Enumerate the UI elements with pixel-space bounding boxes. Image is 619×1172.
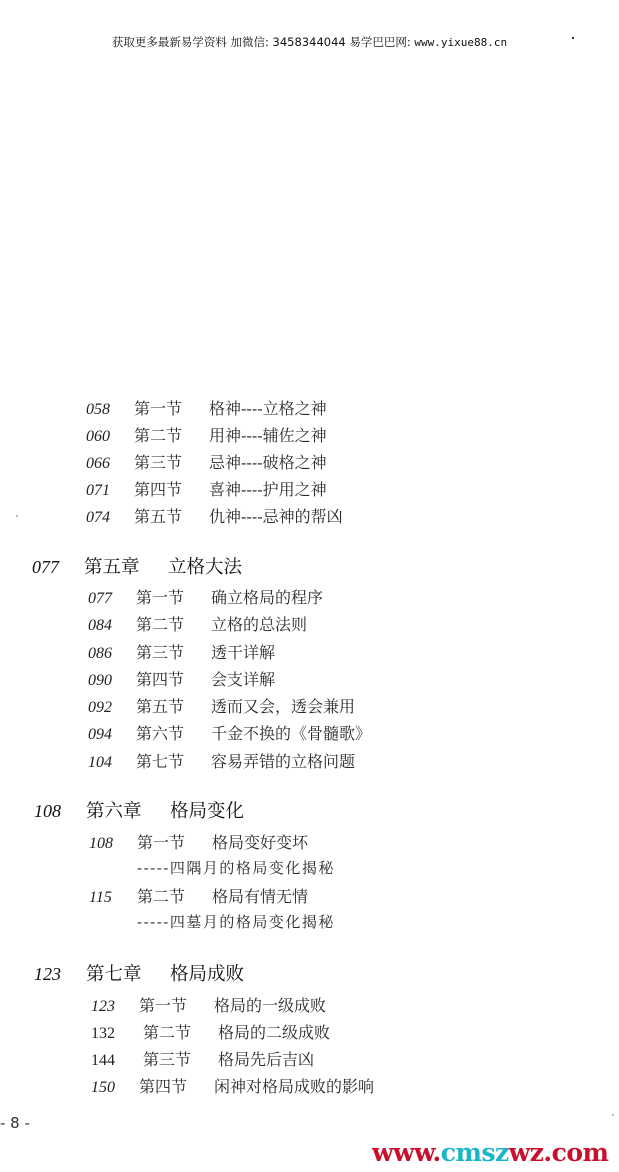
page-number: 104: [88, 754, 136, 772]
toc-section-entry[interactable]: 108 第一节 格局变好变坏: [89, 830, 308, 853]
toc-section-entry[interactable]: 094 第六节 千金不换的《骨髓歌》: [88, 721, 371, 744]
toc-section-entry[interactable]: 092 第五节 透而又会，透会兼用: [88, 694, 355, 717]
toc-section-subtitle: -----四墓月的格局变化揭秘: [137, 911, 335, 932]
page-number: 123: [34, 964, 86, 985]
toc-section-entry[interactable]: 115 第二节 格局有情无情: [89, 884, 308, 907]
chapter-title: 格局变化: [170, 797, 244, 823]
chapter-number: 第七章: [86, 960, 170, 986]
section-number: 第二节: [137, 884, 212, 907]
page-number: 090: [88, 672, 136, 690]
section-title: 确立格局的程序: [211, 585, 323, 608]
section-number: 第四节: [139, 1074, 214, 1097]
section-title: 会支详解: [211, 667, 275, 690]
watermark-part-3: wz.com: [509, 1138, 609, 1167]
section-number: 第一节: [139, 993, 214, 1016]
section-number: 第一节: [134, 396, 209, 419]
toc-section-entry[interactable]: 132 第二节 格局的二级成败: [91, 1020, 330, 1043]
section-number: 第四节: [136, 667, 211, 690]
page-number: 132: [91, 1025, 143, 1043]
page-number: 092: [88, 699, 136, 717]
section-title: 用神----辅佐之神: [209, 423, 327, 446]
watermark-part-1: www.: [372, 1138, 441, 1167]
watermark-part-2: cmsz: [441, 1138, 509, 1167]
banner-text: 获取更多最新易学资料 加微信: 3458344044 易学巴巴网:: [112, 35, 415, 49]
page-number: 108: [89, 835, 137, 853]
section-number: 第二节: [136, 612, 211, 635]
chapter-number: 第六章: [86, 797, 170, 823]
section-title: 喜神----护用之神: [209, 477, 327, 500]
section-title: 忌神----破格之神: [209, 450, 327, 473]
toc-chapter-entry[interactable]: 123 第七章 格局成败: [34, 960, 244, 986]
section-title: 容易弄错的立格问题: [211, 749, 355, 772]
section-number: 第一节: [136, 585, 211, 608]
toc-section-entry[interactable]: 104 第七节 容易弄错的立格问题: [88, 749, 355, 772]
section-number: 第四节: [134, 477, 209, 500]
page-number: 108: [34, 801, 86, 822]
section-number: 第五节: [136, 694, 211, 717]
watermark-logo: www.cmszwz.com: [372, 1138, 609, 1167]
toc-section-entry[interactable]: 150 第四节 闲神对格局成败的影响: [91, 1074, 374, 1097]
toc-section-entry[interactable]: 066 第三节 忌神----破格之神: [86, 450, 327, 473]
section-number: 第三节: [143, 1047, 218, 1070]
page-number: 077: [88, 590, 136, 608]
page-number: 071: [86, 482, 134, 500]
header-banner: 获取更多最新易学资料 加微信: 3458344044 易学巴巴网: www.yi…: [0, 34, 619, 50]
section-number: 第五节: [134, 504, 209, 527]
section-number: 第三节: [136, 640, 211, 663]
section-number: 第三节: [134, 450, 209, 473]
section-number: 第六节: [136, 721, 211, 744]
scan-speck: [16, 515, 18, 517]
page-number: 058: [86, 401, 134, 419]
section-title: 格局变好变坏: [212, 830, 308, 853]
page-number: 060: [86, 428, 134, 446]
toc-section-entry[interactable]: 084 第二节 立格的总法则: [88, 612, 307, 635]
section-subtitle: -----四墓月的格局变化揭秘: [137, 911, 335, 932]
section-title: 格局先后吉凶: [218, 1047, 314, 1070]
chapter-number: 第五章: [84, 553, 168, 579]
page-number: 086: [88, 645, 136, 663]
page-number: 115: [89, 889, 137, 907]
section-title: 透干详解: [211, 640, 275, 663]
section-title: 格局有情无情: [212, 884, 308, 907]
page-number: 084: [88, 617, 136, 635]
toc-chapter-entry[interactable]: 108 第六章 格局变化: [34, 797, 244, 823]
section-number: 第一节: [137, 830, 212, 853]
chapter-title: 立格大法: [168, 553, 242, 579]
page-number-footer: - 8 -: [0, 1114, 30, 1132]
section-title: 仇神----忌神的帮凶: [209, 504, 343, 527]
page-number: 077: [32, 557, 84, 578]
toc-section-entry[interactable]: 074 第五节 仇神----忌神的帮凶: [86, 504, 343, 527]
section-number: 第二节: [143, 1020, 218, 1043]
section-subtitle: -----四隅月的格局变化揭秘: [137, 857, 335, 878]
page-number: 123: [91, 998, 139, 1016]
page-number: 144: [91, 1052, 143, 1070]
section-number: 第七节: [136, 749, 211, 772]
toc-section-entry[interactable]: 086 第三节 透干详解: [88, 640, 275, 663]
page-number: 094: [88, 726, 136, 744]
toc-section-entry[interactable]: 060 第二节 用神----辅佐之神: [86, 423, 327, 446]
toc-section-entry[interactable]: 071 第四节 喜神----护用之神: [86, 477, 327, 500]
section-title: 闲神对格局成败的影响: [214, 1074, 374, 1097]
section-number: 第二节: [134, 423, 209, 446]
scan-speck: [572, 37, 574, 39]
section-title: 透而又会，透会兼用: [211, 694, 355, 717]
banner-url: www.yixue88.cn: [414, 36, 507, 49]
section-title: 格局的一级成败: [214, 993, 326, 1016]
chapter-title: 格局成败: [170, 960, 244, 986]
section-title: 立格的总法则: [211, 612, 307, 635]
toc-section-entry[interactable]: 123 第一节 格局的一级成败: [91, 993, 326, 1016]
section-title: 格神----立格之神: [209, 396, 327, 419]
page-number: 074: [86, 509, 134, 527]
toc-chapter-entry[interactable]: 077 第五章 立格大法: [32, 553, 242, 579]
page-number: 066: [86, 455, 134, 473]
toc-section-entry[interactable]: 144 第三节 格局先后吉凶: [91, 1047, 314, 1070]
toc-section-entry[interactable]: 090 第四节 会支详解: [88, 667, 275, 690]
section-title: 千金不换的《骨髓歌》: [211, 721, 371, 744]
scan-speck: [612, 1114, 614, 1116]
page-number: 150: [91, 1079, 139, 1097]
toc-section-subtitle: -----四隅月的格局变化揭秘: [137, 857, 335, 878]
toc-section-entry[interactable]: 058 第一节 格神----立格之神: [86, 396, 327, 419]
section-title: 格局的二级成败: [218, 1020, 330, 1043]
toc-section-entry[interactable]: 077 第一节 确立格局的程序: [88, 585, 323, 608]
